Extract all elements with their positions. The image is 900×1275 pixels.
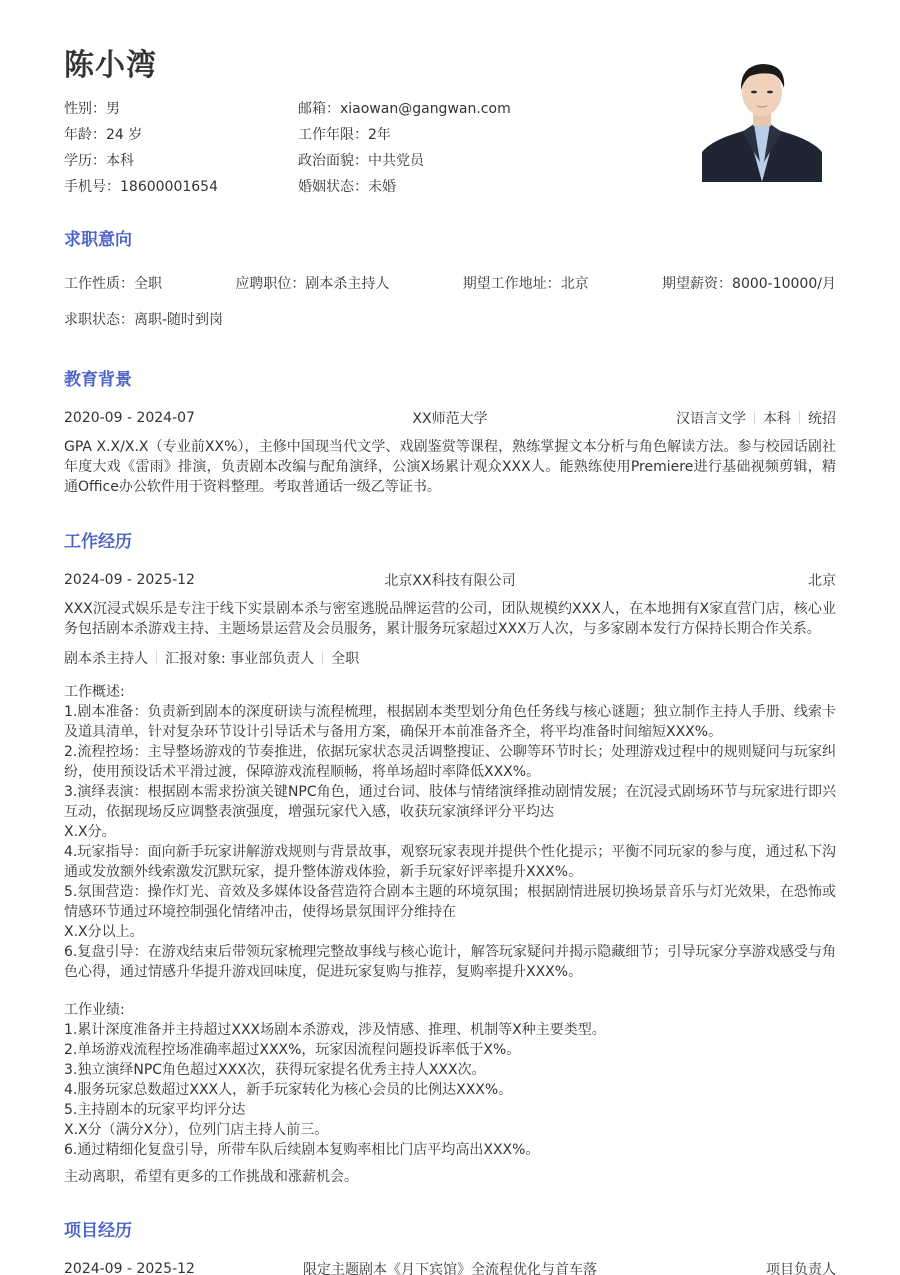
field-value: xiaowan@gangwan.com bbox=[340, 101, 511, 117]
phone-field: 手机号：18600001654 bbox=[64, 176, 298, 196]
section-title-project: 项目经历 bbox=[64, 1216, 132, 1241]
project-header: 2024-09 - 2025-12 限定主题剧本《月下宾馆》全流程优化与首车落 … bbox=[64, 1259, 836, 1275]
achievements-title: 工作业绩: bbox=[64, 1000, 836, 1020]
section-title-job-intent: 求职意向 bbox=[64, 225, 132, 250]
overview-item: 5.氛围营造：操作灯光、音效及多媒体设备营造符合剧本主题的环境氛围；根据剧情进展… bbox=[64, 882, 836, 922]
info-row: 学历：本科 政治面貌：中共党员 bbox=[64, 147, 684, 173]
info-row: 性别：男 邮箱：xiaowan@gangwan.com bbox=[64, 95, 684, 121]
position-field: 应聘职位：剧本杀主持人 bbox=[235, 273, 389, 293]
portrait-icon bbox=[702, 52, 822, 182]
field-value: 北京 bbox=[561, 276, 589, 292]
overview-item: X.X分以上。 bbox=[64, 922, 836, 942]
field-value: 离职-随时到岗 bbox=[134, 312, 223, 328]
overview-item: 4.玩家指导：面向新手玩家讲解游戏规则与背景故事，观察玩家表现并提供个性化提示；… bbox=[64, 842, 836, 882]
field-value: 男 bbox=[106, 101, 120, 117]
major: 汉语言文学 bbox=[676, 411, 746, 427]
field-label: 邮箱： bbox=[298, 101, 340, 117]
job-type-field: 工作性质：全职 bbox=[64, 273, 162, 293]
job-title-tag: 剧本杀主持人 bbox=[64, 651, 148, 667]
separator bbox=[156, 651, 157, 664]
section-title-work: 工作经历 bbox=[64, 527, 132, 552]
field-label: 性别： bbox=[64, 101, 106, 117]
field-label: 年龄： bbox=[64, 127, 106, 143]
work-tags: 剧本杀主持人汇报对象: 事业部负责人全职 bbox=[64, 648, 359, 668]
info-row: 手机号：18600001654 婚姻状态：未婚 bbox=[64, 173, 684, 199]
work-years-field: 工作年限：2年 bbox=[298, 124, 598, 144]
work-period: 2024-09 - 2025-12 bbox=[64, 572, 195, 588]
field-value: 2年 bbox=[368, 127, 391, 143]
employment-type-tag: 全职 bbox=[331, 651, 359, 667]
location-field: 期望工作地址：北京 bbox=[463, 273, 589, 293]
school-name: XX师范大学 bbox=[412, 411, 487, 427]
field-label: 期望薪资： bbox=[662, 276, 732, 292]
job-intent-row: 工作性质：全职 应聘职位：剧本杀主持人 期望工作地址：北京 期望薪资：8000-… bbox=[64, 273, 836, 293]
field-value: 8000-10000/月 bbox=[732, 276, 836, 292]
separator bbox=[754, 411, 755, 424]
job-status-row: 求职状态：离职-随时到岗 bbox=[64, 309, 836, 329]
age-field: 年龄：24 岁 bbox=[64, 124, 298, 144]
report-to-tag: 汇报对象: 事业部负责人 bbox=[165, 651, 314, 667]
separator bbox=[799, 411, 800, 424]
separator bbox=[322, 651, 323, 664]
field-label: 学历： bbox=[64, 153, 106, 169]
overview-item: 3.演绎表演：根据剧本需求扮演关键NPC角色，通过台词、肢体与情绪演绎推动剧情发… bbox=[64, 782, 836, 822]
field-label: 工作年限： bbox=[298, 127, 368, 143]
overview-item: 2.流程控场：主导整场游戏的节奏推进，依据玩家状态灵活调整搜证、公聊等环节时长；… bbox=[64, 742, 836, 782]
gender-field: 性别：男 bbox=[64, 98, 298, 118]
overview-title: 工作概述: bbox=[64, 682, 836, 702]
field-value: 剧本杀主持人 bbox=[305, 276, 389, 292]
field-value: 18600001654 bbox=[120, 179, 218, 195]
field-value: 24 岁 bbox=[106, 127, 142, 143]
education-meta: 汉语言文学本科统招 bbox=[676, 408, 836, 428]
section-title-education: 教育背景 bbox=[64, 365, 132, 390]
overview-item: 1.剧本准备：负责新到剧本的深度研读与流程梳理，根据剧本类型划分角色任务线与核心… bbox=[64, 702, 836, 742]
field-value: 中共党员 bbox=[368, 153, 424, 169]
work-header: 2024-09 - 2025-12 北京XX科技有限公司 北京 bbox=[64, 570, 836, 590]
achievement-item: 1.累计深度准备并主持超过XXX场剧本杀游戏，涉及情感、推理、机制等X种主要类型… bbox=[64, 1020, 836, 1040]
avatar-photo bbox=[702, 52, 822, 182]
field-label: 求职状态： bbox=[64, 312, 134, 328]
field-label: 政治面貌： bbox=[298, 153, 368, 169]
education-description: GPA X.X/X.X（专业前XX%），主修中国现当代文学、戏剧鉴赏等课程，熟练… bbox=[64, 437, 836, 497]
political-status-field: 政治面貌：中共党员 bbox=[298, 150, 598, 170]
work-achievements: 工作业绩: 1.累计深度准备并主持超过XXX场剧本杀游戏，涉及情感、推理、机制等… bbox=[64, 1000, 836, 1160]
company-name: 北京XX科技有限公司 bbox=[384, 573, 515, 589]
achievement-item: 4.服务玩家总数超过XXX人，新手玩家转化为核心会员的比例达XXX%。 bbox=[64, 1080, 836, 1100]
project-role: 项目负责人 bbox=[766, 1259, 836, 1275]
education-header: 2020-09 - 2024-07 XX师范大学 汉语言文学本科统招 bbox=[64, 408, 836, 428]
personal-info: 性别：男 邮箱：xiaowan@gangwan.com 年龄：24 岁 工作年限… bbox=[64, 95, 684, 199]
project-period: 2024-09 - 2025-12 bbox=[64, 1261, 195, 1275]
degree: 本科 bbox=[763, 411, 791, 427]
achievement-item: 6.通过精细化复盘引导，所带车队后续剧本复购率相比门店平均高出XXX%。 bbox=[64, 1140, 836, 1160]
field-label: 手机号： bbox=[64, 179, 120, 195]
field-label: 应聘职位： bbox=[235, 276, 305, 292]
field-label: 期望工作地址： bbox=[463, 276, 561, 292]
job-status-field: 求职状态：离职-随时到岗 bbox=[64, 309, 223, 329]
project-name: 限定主题剧本《月下宾馆》全流程优化与首车落 bbox=[303, 1262, 597, 1275]
field-value: 本科 bbox=[106, 153, 134, 169]
achievement-item: 3.独立演绎NPC角色超过XXX次，获得玩家提名优秀主持人XXX次。 bbox=[64, 1060, 836, 1080]
field-value: 全职 bbox=[134, 276, 162, 292]
overview-item: 6.复盘引导：在游戏结束后带领玩家梳理完整故事线与核心诡计，解答玩家疑问并揭示隐… bbox=[64, 942, 836, 982]
salary-field: 期望薪资：8000-10000/月 bbox=[662, 273, 836, 293]
field-value: 未婚 bbox=[368, 179, 396, 195]
overview-item: X.X分。 bbox=[64, 822, 836, 842]
achievement-item: 2.单场游戏流程控场准确率超过XXX%，玩家因流程问题投诉率低于X%。 bbox=[64, 1040, 836, 1060]
achievement-item: 5.主持剧本的玩家平均评分达 bbox=[64, 1100, 836, 1120]
leave-reason: 主动离职，希望有更多的工作挑战和涨薪机会。 bbox=[64, 1167, 836, 1187]
field-label: 婚姻状态： bbox=[298, 179, 368, 195]
candidate-name: 陈小湾 bbox=[64, 40, 157, 84]
work-overview: 工作概述: 1.剧本准备：负责新到剧本的深度研读与流程梳理，根据剧本类型划分角色… bbox=[64, 682, 836, 982]
email-field: 邮箱：xiaowan@gangwan.com bbox=[298, 98, 598, 118]
education-field: 学历：本科 bbox=[64, 150, 298, 170]
work-location: 北京 bbox=[808, 570, 836, 590]
info-row: 年龄：24 岁 工作年限：2年 bbox=[64, 121, 684, 147]
achievement-item: X.X分（满分X分），位列门店主持人前三。 bbox=[64, 1120, 836, 1140]
field-label: 工作性质： bbox=[64, 276, 134, 292]
marital-status-field: 婚姻状态：未婚 bbox=[298, 176, 598, 196]
enrollment-type: 统招 bbox=[808, 411, 836, 427]
company-description: XXX沉浸式娱乐是专注于线下实景剧本杀与密室逃脱品牌运营的公司，团队规模约XXX… bbox=[64, 599, 836, 639]
education-period: 2020-09 - 2024-07 bbox=[64, 410, 195, 426]
